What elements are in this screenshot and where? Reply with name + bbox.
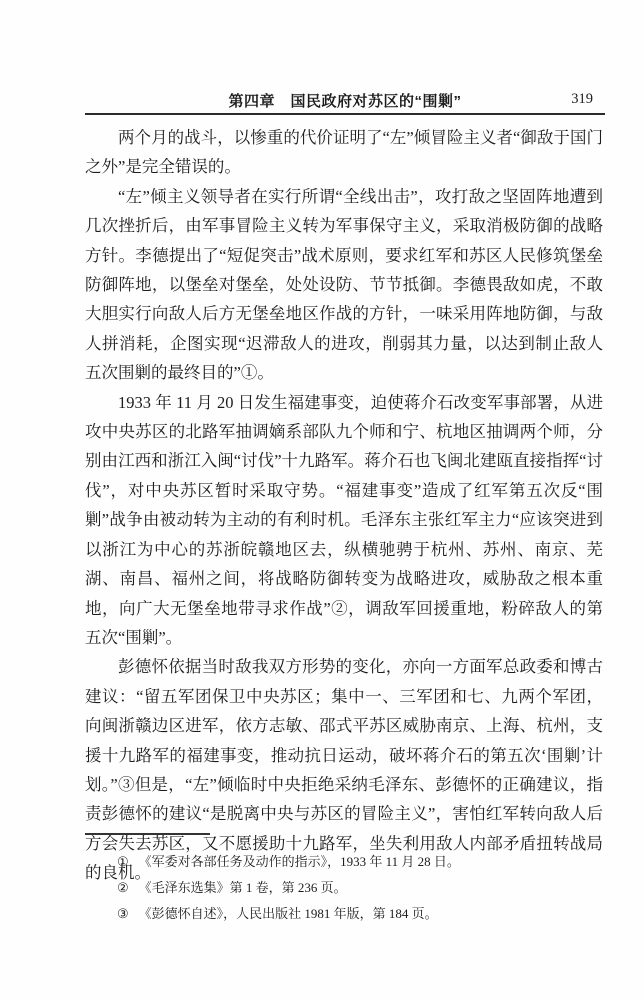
paragraph: 1933 年 11 月 20 日发生福建事变，迫使蒋介石改变军事部署，从进攻中央… bbox=[85, 388, 603, 653]
paragraph: 两个月的战斗，以惨重的代价证明了“左”倾冒险主义者“御敌于国门之外”是完全错误的… bbox=[85, 123, 603, 182]
paragraph: “左”倾主义领导者在实行所谓“全线出击”，攻打敌之坚固阵地遭到几次挫折后，由军事… bbox=[85, 182, 603, 388]
book-page: 第四章 国民政府对苏区的“围剿” 319 两个月的战斗，以惨重的代价证明了“左”… bbox=[0, 0, 644, 1000]
paragraph-list: 两个月的战斗，以惨重的代价证明了“左”倾冒险主义者“御敌于国门之外”是完全错误的… bbox=[85, 123, 603, 888]
page-number: 319 bbox=[571, 91, 593, 108]
footnote: ③《彭德怀自述》，人民出版社 1981 年版，第 184 页。 bbox=[85, 901, 603, 927]
footnote-separator bbox=[85, 833, 210, 835]
header-rule bbox=[85, 113, 605, 115]
footnote-text: 《彭德怀自述》，人民出版社 1981 年版，第 184 页。 bbox=[139, 901, 603, 927]
footnote-marker: ① bbox=[117, 849, 129, 875]
footnote: ①《军委对各部任务及动作的指示》，1933 年 11 月 28 日。 bbox=[85, 849, 603, 875]
footnote: ②《毛泽东选集》第 1 卷，第 236 页。 bbox=[85, 875, 603, 901]
footnote-text: 《毛泽东选集》第 1 卷，第 236 页。 bbox=[139, 875, 603, 901]
footnote-marker: ② bbox=[117, 875, 129, 901]
footnote-text: 《军委对各部任务及动作的指示》，1933 年 11 月 28 日。 bbox=[139, 849, 603, 875]
chapter-heading: 第四章 国民政府对苏区的“围剿” bbox=[85, 90, 605, 111]
footnote-marker: ③ bbox=[117, 901, 129, 927]
running-head: 第四章 国民政府对苏区的“围剿” 319 bbox=[85, 90, 605, 110]
footnote-list: ①《军委对各部任务及动作的指示》，1933 年 11 月 28 日。②《毛泽东选… bbox=[85, 849, 603, 927]
